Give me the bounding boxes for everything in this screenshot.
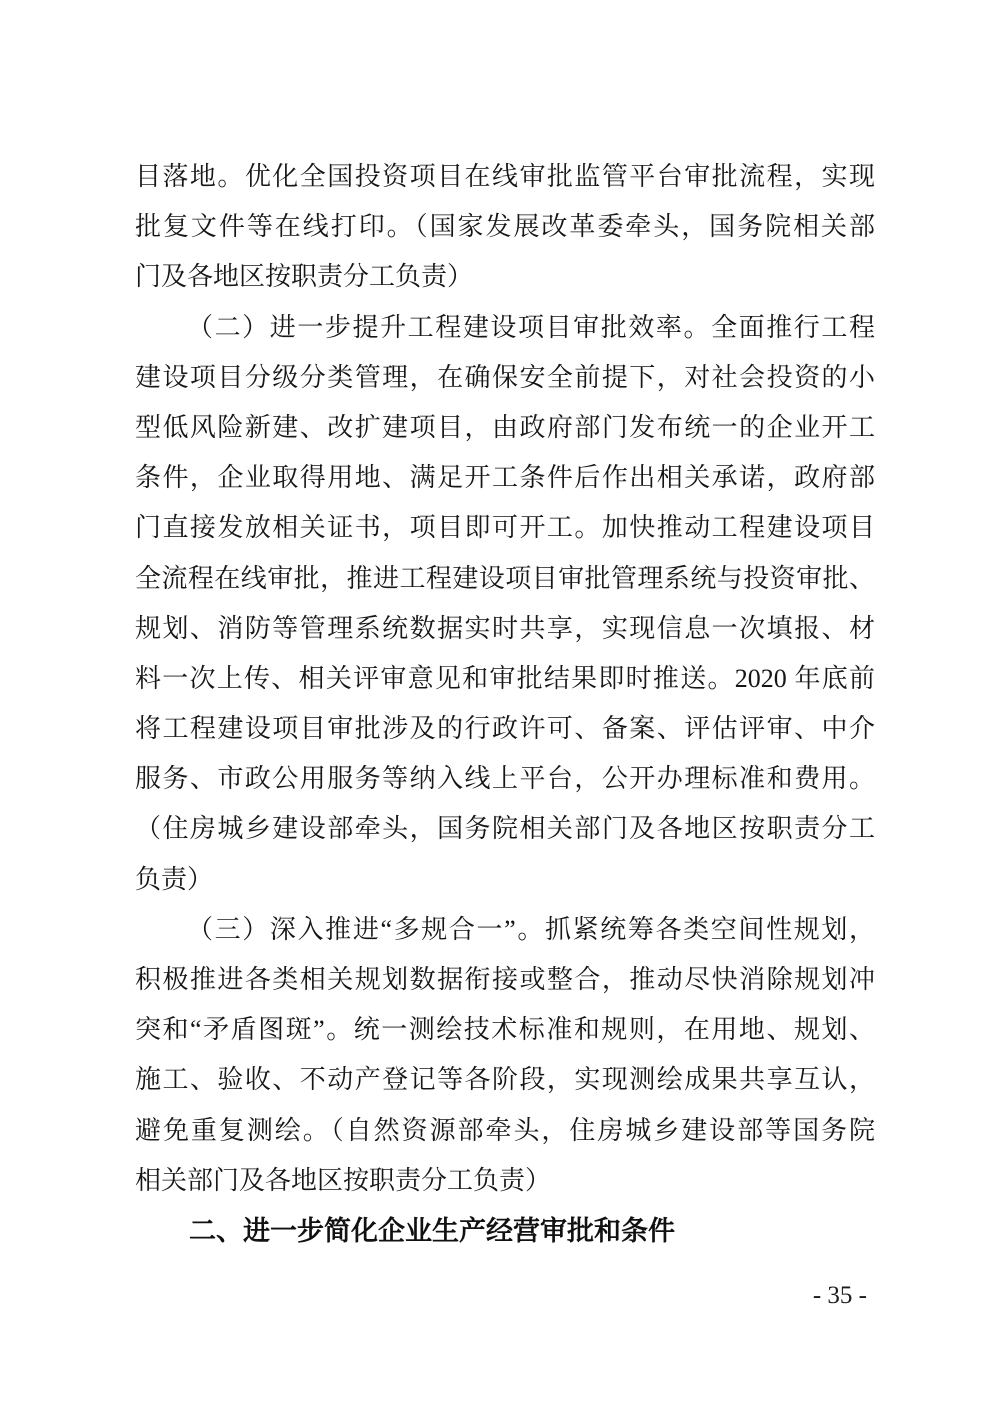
text-line: 门直接发放相关证书，项目即可开工。加快推动工程建设项目 [135, 503, 875, 553]
text-line: 服务、市政公用服务等纳入线上平台，公开办理标准和费用。 [135, 754, 875, 804]
text-line: 条件，企业取得用地、满足开工条件后作出相关承诺，政府部 [135, 453, 875, 503]
paragraph-lead: （二）进一步提升工程建设项目审批效率。 [187, 313, 711, 342]
text-line: （二）进一步提升工程建设项目审批效率。全面推行工程 [135, 303, 875, 353]
text-line: 目落地。优化全国投资项目在线审批监管平台审批流程，实现 [135, 152, 875, 202]
text-line: 料一次上传、相关评审意见和审批结果即时推送。2020 年底前 [135, 654, 875, 704]
text-line: 积极推进各类相关规划数据衔接或整合，推动尽快消除规划冲 [135, 955, 875, 1005]
paragraph-text: 抓紧统筹各类空间性规划， [545, 915, 875, 944]
section-heading: 二、进一步简化企业生产经营审批和条件 [135, 1206, 875, 1256]
text-line: 门及各地区按职责分工负责） [135, 252, 875, 302]
text-line: 负责） [135, 855, 875, 905]
text-line: 避免重复测绘。（自然资源部牵头，住房城乡建设部等国务院 [135, 1106, 875, 1156]
text-line: 突和“矛盾图斑”。统一测绘技术标准和规则，在用地、规划、 [135, 1005, 875, 1055]
text-line: 批复文件等在线打印。（国家发展改革委牵头，国务院相关部 [135, 202, 875, 252]
text-line: 施工、验收、不动产登记等各阶段，实现测绘成果共享互认， [135, 1055, 875, 1105]
text-line: 规划、消防等管理系统数据实时共享，实现信息一次填报、材 [135, 604, 875, 654]
page-number: - 35 - [813, 1282, 867, 1309]
paragraph-text: 全面推行工程 [711, 313, 875, 342]
text-line: （三）深入推进“多规合一”。抓紧统筹各类空间性规划， [135, 905, 875, 955]
paragraph-lead: （三）深入推进“多规合一”。 [187, 915, 545, 944]
text-line: 建设项目分级分类管理，在确保安全前提下，对社会投资的小 [135, 353, 875, 403]
text-line: （住房城乡建设部牵头，国务院相关部门及各地区按职责分工 [135, 804, 875, 854]
text-line: 将工程建设项目审批涉及的行政许可、备案、评估评审、中介 [135, 704, 875, 754]
page-footer: - 35 - [0, 1282, 867, 1310]
text-line: 相关部门及各地区按职责分工负责） [135, 1156, 875, 1206]
text-line: 全流程在线审批，推进工程建设项目审批管理系统与投资审批、 [135, 554, 875, 604]
document-body: 目落地。优化全国投资项目在线审批监管平台审批流程，实现 批复文件等在线打印。（国… [135, 152, 875, 1256]
document-page: 目落地。优化全国投资项目在线审批监管平台审批流程，实现 批复文件等在线打印。（国… [0, 0, 1000, 1414]
text-line: 型低风险新建、改扩建项目，由政府部门发布统一的企业开工 [135, 403, 875, 453]
